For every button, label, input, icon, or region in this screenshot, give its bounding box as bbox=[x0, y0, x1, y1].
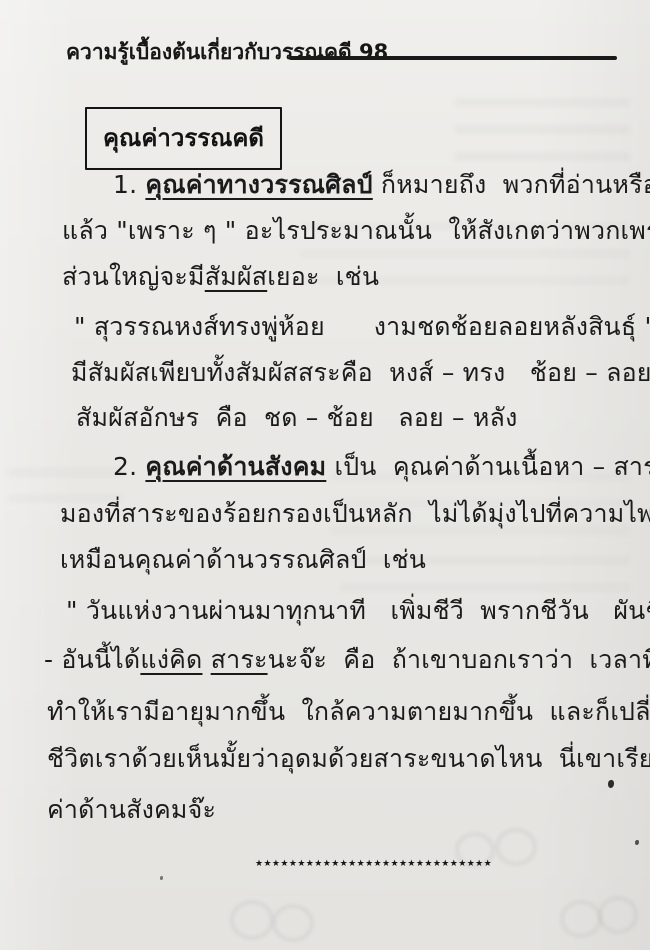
bleed-through-ring bbox=[230, 900, 274, 940]
text-line: 2. คุณค่าด้านสังคม เป็น คุณค่าด้านเนื้อห… bbox=[113, 450, 650, 484]
bleed-through-smudge bbox=[455, 98, 630, 164]
underlined-term: แง่คิด bbox=[140, 645, 202, 674]
text-line: มองที่สาระของร้อยกรองเป็นหลัก ไม่ได้มุ่ง… bbox=[60, 497, 650, 531]
text-line: สัมผัสอักษร คือ ชด – ช้อย ลอย – หลัง bbox=[76, 401, 517, 435]
text-line: ทำให้เรามีอายุมากขึ้น ใกล้ความตายมากขึ้น… bbox=[47, 695, 650, 729]
bleed-through-ring bbox=[495, 828, 537, 866]
underlined-term: คุณค่าทางวรรณศิลป์ bbox=[145, 170, 372, 199]
text-line: มีสัมผัสเพียบทั้งสัมผัสสระคือ หงส์ – ทรง… bbox=[71, 356, 650, 390]
underlined-term: คุณค่าด้านสังคม bbox=[145, 452, 326, 481]
underlined-term: สาระ bbox=[211, 645, 268, 674]
running-head: ความรู้เบื้องต้นเกี่ยวกับวรรณคดี 98 bbox=[66, 36, 388, 69]
verse-quote-line: " สุวรรณหงส์ทรงพู่ห้อย งามชดช้อยลอยหลังส… bbox=[74, 310, 650, 344]
verse-quote-line: " วันแห่งวานผ่านมาทุกนาที เพิ่มชีวี พราก… bbox=[66, 594, 650, 628]
section-title-box: คุณค่าวรรณคดี bbox=[85, 107, 282, 170]
text-line: แล้ว "เพราะ ๆ " อะไรประมาณนั้น ให้สังเกต… bbox=[62, 214, 650, 248]
scanned-document-page: { "document": { "header": { "title": "คว… bbox=[0, 0, 650, 950]
ink-speck bbox=[160, 876, 163, 880]
text-line: ชีวิตเราด้วยเห็นมั้ยว่าอุดมด้วยสาระขนาดไ… bbox=[47, 742, 650, 776]
text-line: - อันนี้ได้แง่คิด สาระนะจ๊ะ คือ ถ้าเขาบอ… bbox=[44, 643, 650, 677]
ink-speck bbox=[635, 840, 639, 845]
text-line: ส่วนใหญ่จะมีสัมผัสเยอะ เช่น bbox=[62, 260, 379, 294]
text-line: ค่าด้านสังคมจ๊ะ bbox=[47, 793, 216, 827]
bleed-through-ring bbox=[598, 896, 638, 934]
ink-speck bbox=[608, 780, 614, 788]
list-number: 1. bbox=[113, 170, 145, 199]
bleed-through-ring bbox=[272, 904, 314, 942]
text-line: เหมือนคุณค่าด้านวรรณศิลป์ เช่น bbox=[60, 543, 426, 577]
star-divider: ★★★★★★★★★★★★★★★★★★★★★★★★★★★★ bbox=[255, 859, 492, 869]
bleed-through-ring bbox=[560, 900, 602, 938]
list-number: 2. bbox=[113, 452, 145, 481]
underlined-term: สัมผัส bbox=[205, 262, 267, 291]
text-line: 1. คุณค่าทางวรรณศิลป์ ก็หมายถึง พวกที่อ่… bbox=[113, 168, 650, 202]
header-rule bbox=[289, 56, 617, 60]
